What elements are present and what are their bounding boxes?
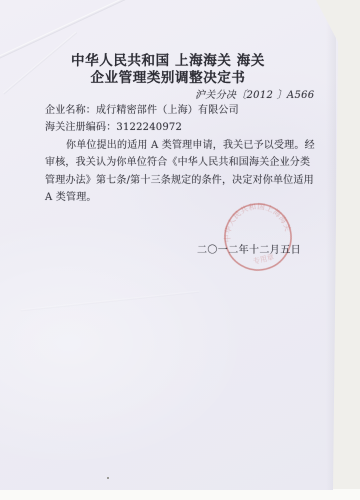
paragraph-line-2: 审核，我关认为你单位符合《中华人民共和国海关企业分类 xyxy=(45,154,315,171)
paragraph-line-1: 你单位提出的适用 A 类管理申请，我关已予以受理。经 xyxy=(45,137,315,154)
reference-number: 沪关分决〔2012 〕A566 xyxy=(195,86,314,101)
paragraph-line-3: 管理办法》第七条/第十三条规定的条件，决定对你单位适用 xyxy=(45,172,315,189)
scanned-document-view: 中华人民共和国 上海海关 海关 企业管理类别调整决定书 沪关分决〔2012 〕A… xyxy=(0,0,360,500)
issue-date: 二〇一二年十二月五日 xyxy=(197,241,301,256)
document-title-line2: 企业管理类别调整决定书 xyxy=(0,66,336,86)
scanner-background-bottom xyxy=(0,489,360,500)
paper-crease xyxy=(20,291,199,312)
official-red-seal-icon: 中华人民共和国上海海关 专用章 xyxy=(214,193,301,280)
document-body: 企业名称：成行精密部件（上海）有限公司 海关注册编码：3122240972 你单… xyxy=(45,102,315,206)
company-name-line: 企业名称：成行精密部件（上海）有限公司 xyxy=(45,102,315,119)
registration-code-line: 海关注册编码：3122240972 xyxy=(45,119,315,136)
scan-speck xyxy=(107,477,109,479)
document-paper: 中华人民共和国 上海海关 海关 企业管理类别调整决定书 沪关分决〔2012 〕A… xyxy=(0,0,342,490)
